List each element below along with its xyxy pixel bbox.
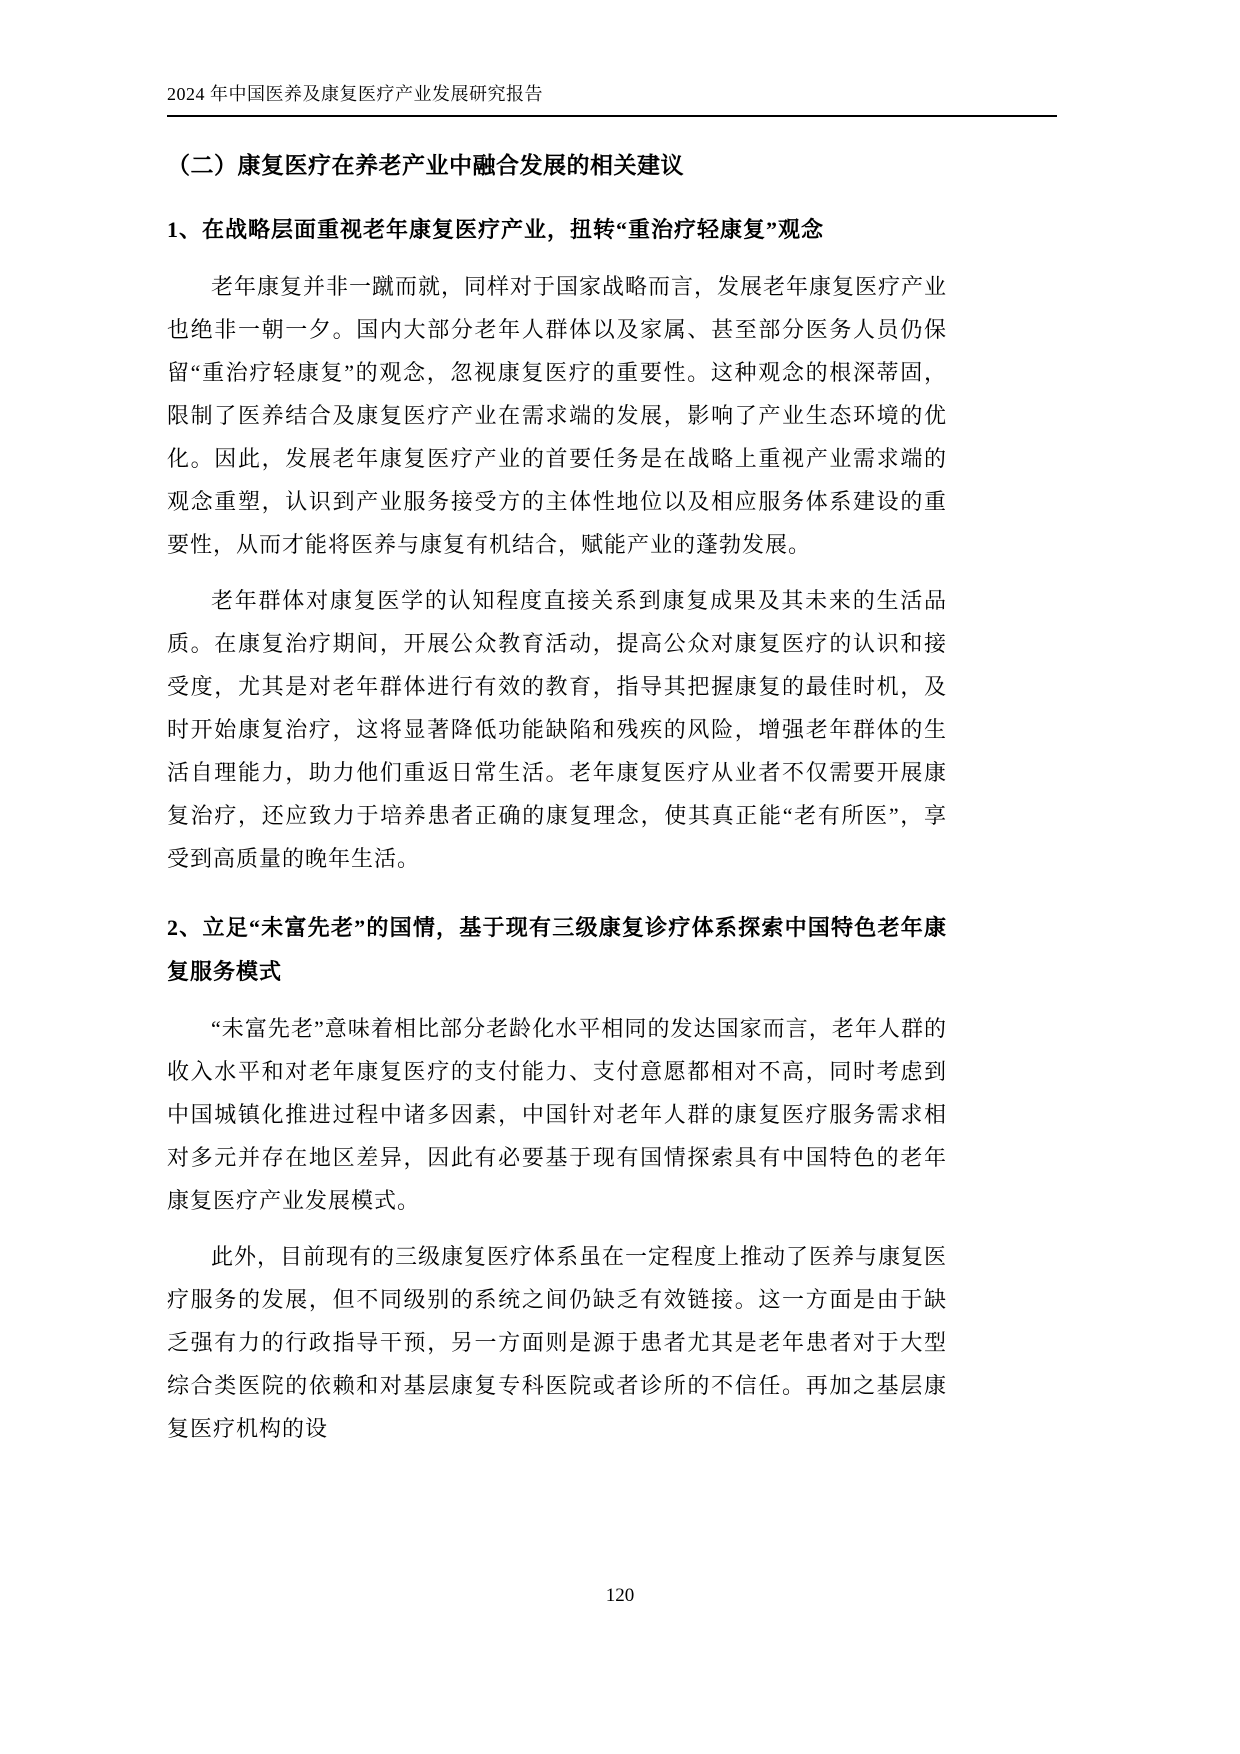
document-page: 2024 年中国医养及康复医疗产业发展研究报告 （二）康复医疗在养老产业中融合发…: [0, 0, 1240, 1754]
page-header: 2024 年中国医养及康复医疗产业发展研究报告: [167, 80, 1057, 117]
paragraph: 老年康复并非一蹴而就，同样对于国家战略而言，发展老年康复医疗产业也绝非一朝一夕。…: [167, 265, 947, 566]
page-number: 120: [0, 1585, 1240, 1607]
page-body: （二）康复医疗在养老产业中融合发展的相关建议 1、在战略层面重视老年康复医疗产业…: [167, 128, 947, 1450]
header-divider: [167, 115, 1057, 117]
subsection-1-heading: 1、在战略层面重视老年康复医疗产业，扭转“重治疗轻康复”观念: [167, 208, 947, 252]
paragraph: 此外，目前现有的三级康复医疗体系虽在一定程度上推动了医养与康复医疗服务的发展，但…: [167, 1235, 947, 1450]
subsection-2-heading: 2、立足“未富先老”的国情，基于现有三级康复诊疗体系探索中国特色老年康复服务模式: [167, 906, 947, 994]
report-title: 2024 年中国医养及康复医疗产业发展研究报告: [167, 80, 1057, 106]
paragraph: 老年群体对康复医学的认知程度直接关系到康复成果及其未来的生活品质。在康复治疗期间…: [167, 579, 947, 880]
paragraph: “未富先老”意味着相比部分老龄化水平相同的发达国家而言，老年人群的收入水平和对老…: [167, 1007, 947, 1222]
section-heading: （二）康复医疗在养老产业中融合发展的相关建议: [167, 150, 947, 182]
